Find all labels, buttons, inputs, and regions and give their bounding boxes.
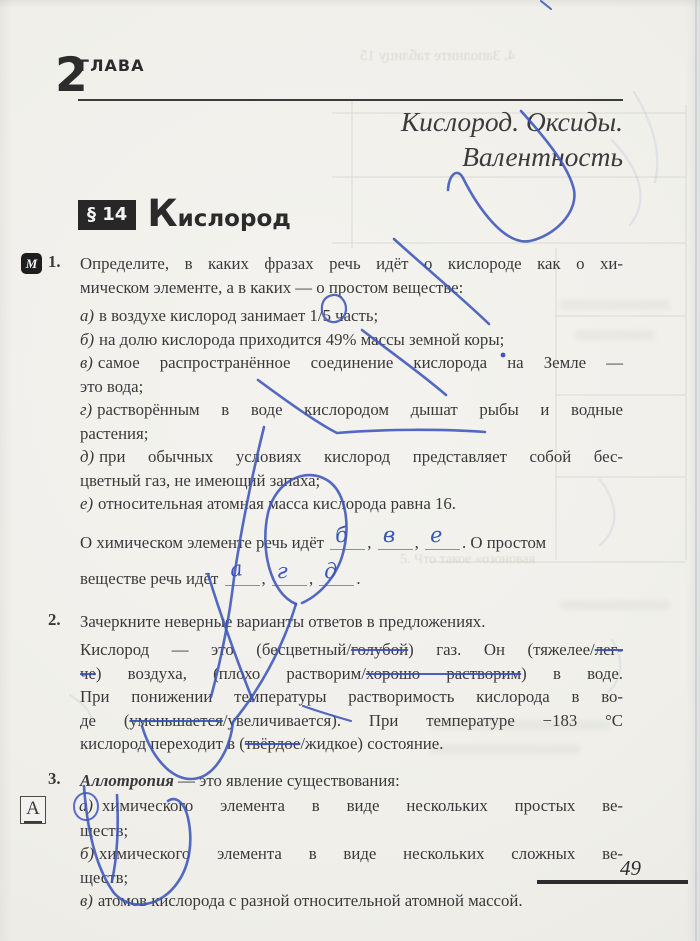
list-item: е)относительная атомная масса кислорода … bbox=[80, 492, 623, 516]
item-letter: в) bbox=[80, 891, 93, 910]
struck-word: твёрдое bbox=[245, 734, 300, 753]
page-edge bbox=[695, 0, 697, 941]
showthrough-text-top: 4. Заполните таблицу 15 bbox=[360, 48, 515, 65]
item-letter: в) bbox=[80, 353, 93, 372]
chapter-heading: ГЛАВА2 bbox=[79, 56, 144, 85]
paragraph-line: де (уменьшается/увеличивается). При темп… bbox=[80, 709, 623, 733]
list-item: б)на долю кислорода приходится 49% массы… bbox=[80, 328, 623, 352]
section-title-initial: К bbox=[147, 192, 177, 235]
paragraph-badge: § 14 bbox=[78, 200, 136, 230]
handwritten-answer: в bbox=[382, 516, 395, 552]
item-letter: д) bbox=[80, 447, 94, 466]
paragraph-line: кислород переходит в (твёрдое/жидкое) со… bbox=[80, 732, 623, 756]
exercise-3: 3. А Аллотропия — это явление существова… bbox=[80, 769, 623, 913]
section-title: Кислород bbox=[147, 211, 291, 230]
chapter-number: 2 bbox=[55, 56, 88, 96]
footer-rule bbox=[537, 880, 688, 884]
struck-word: голубой bbox=[351, 640, 408, 659]
list-item-cont: это вода; bbox=[80, 375, 623, 399]
struck-word: уменьшается bbox=[129, 711, 222, 730]
exercise-1-intro: Определите, в каких фразах речь идёт о к… bbox=[80, 252, 623, 276]
item-letter: б) bbox=[80, 844, 94, 863]
list-item-cont: ществ; bbox=[80, 866, 623, 890]
list-item: в)самое распространённое соединение кисл… bbox=[80, 351, 623, 375]
chapter-label: ГЛАВА bbox=[79, 56, 144, 75]
m-marker-icon: М bbox=[21, 253, 42, 274]
section-heading: § 14Кислород bbox=[78, 192, 291, 228]
handwritten-answer: е bbox=[429, 516, 443, 553]
answer-sentence: О химическом элементе речь идёт б, в, е.… bbox=[80, 525, 623, 597]
pen-circle: а) bbox=[73, 792, 99, 821]
page-number: 49 bbox=[620, 856, 641, 881]
list-item: б)химического элемента в виде нескольких… bbox=[80, 842, 623, 866]
exercise-1: М 1. Определите, в каких фразах речь идё… bbox=[80, 252, 623, 597]
answer-blank: б bbox=[330, 533, 365, 550]
list-item-cont: ществ; bbox=[80, 819, 623, 843]
item-letter: а) bbox=[80, 306, 94, 325]
answer-blank: г bbox=[272, 569, 307, 586]
pen-stroke bbox=[541, 1, 551, 9]
exercise-3-heading: Аллотропия — это явление существования: bbox=[80, 769, 623, 793]
part-title-line1: Кислород. Оксиды. bbox=[78, 104, 623, 139]
list-item: в)атомов кислорода с разной относительно… bbox=[80, 889, 623, 913]
exercise-3-number: 3. bbox=[48, 769, 61, 789]
list-item: д)при обычных условиях кислород представ… bbox=[80, 445, 623, 469]
struck-word: лег- bbox=[595, 640, 623, 659]
item-letter: г) bbox=[80, 400, 92, 419]
list-item: г)растворённым в воде кислородом дышат р… bbox=[80, 398, 623, 422]
list-item: а)химического элемента в виде нескольких… bbox=[80, 794, 623, 819]
answer-blank: д bbox=[319, 569, 354, 586]
item-letter: е) bbox=[80, 494, 93, 513]
answer-blank: а bbox=[225, 569, 260, 586]
struck-word: хорошо растворим bbox=[366, 664, 521, 683]
paragraph-line: че) воздуха, (плохо растворим/хорошо рас… bbox=[80, 662, 623, 686]
exercise-2-number: 2. bbox=[48, 610, 61, 630]
header-rule bbox=[78, 99, 623, 101]
list-item: а)в воздухе кислород занимает 1/5 часть; bbox=[80, 304, 623, 328]
workbook-page: 4. Заполните таблицу 15 5. Что такое «оз… bbox=[0, 0, 700, 941]
answer-blank: в bbox=[378, 533, 413, 550]
list-item-cont: растения; bbox=[80, 422, 623, 446]
answer-blank: е bbox=[425, 533, 460, 550]
exercise-2: 2. Зачеркните неверные варианты ответов … bbox=[80, 610, 623, 756]
term-allotropy: Аллотропия bbox=[80, 771, 174, 790]
list-item-cont: цветный газ, не имеющий запаха; bbox=[80, 469, 623, 493]
handwritten-answer: г bbox=[276, 552, 289, 589]
item-letter: а) bbox=[79, 796, 93, 815]
exercise-1-number: 1. bbox=[48, 252, 61, 272]
item-letter: б) bbox=[80, 330, 94, 349]
paragraph-line: При понижении температуры растворимость … bbox=[80, 685, 623, 709]
handwritten-answer: б bbox=[333, 516, 350, 553]
section-title-rest: ислород bbox=[178, 206, 291, 232]
exercise-2-heading: Зачеркните неверные варианты ответов в п… bbox=[80, 610, 623, 634]
exercise-1-intro2: мическом элементе, а в каких — о простом… bbox=[80, 276, 623, 300]
paragraph-line: Кислород — это (бесцветный/голубой) газ.… bbox=[80, 638, 623, 662]
part-title-line2: Валентность bbox=[78, 139, 623, 174]
answer-box: А bbox=[20, 796, 46, 824]
page-content: М 1. Определите, в каких фразах речь идё… bbox=[80, 252, 623, 913]
struck-word: че bbox=[80, 664, 96, 683]
part-title: Кислород. Оксиды. Валентность bbox=[78, 104, 623, 174]
